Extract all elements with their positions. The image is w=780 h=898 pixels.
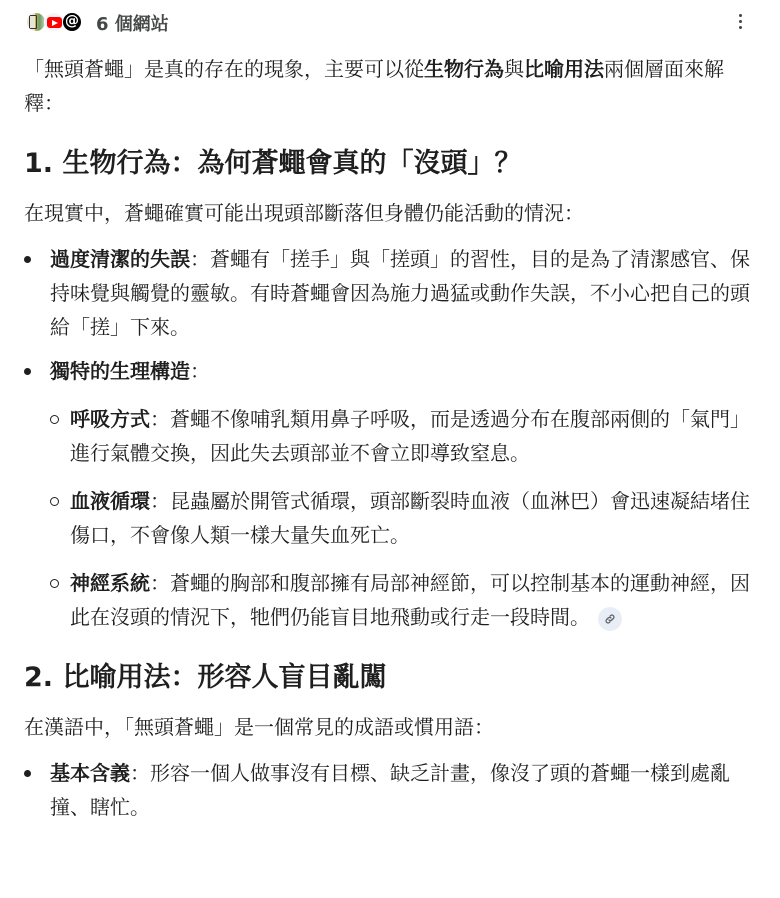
sub-list-item: 呼吸方式：蒼蠅不像哺乳類用鼻子呼吸，而是透過分布在腹部兩側的「氣門」進行氣體交換… (50, 402, 760, 470)
intro-bold-biology: 生物行為 (424, 57, 504, 81)
youtube-icon (44, 12, 64, 32)
threads-icon: @ (62, 12, 82, 32)
section-heading-metaphor: 2. 比喻用法：形容人盲目亂闖 (24, 658, 760, 698)
list-item-term: 基本含義 (50, 761, 130, 785)
sources-count-button[interactable]: 6 個網站 (96, 10, 169, 36)
list-item-text: ：昆蟲屬於開管式循環，頭部斷裂時血液（血淋巴）會迅速凝結堵住傷口，不會像人類一樣… (70, 489, 750, 547)
sub-list-item: 神經系統：蒼蠅的胸部和腹部擁有局部神經節，可以控制基本的運動神經，因此在沒頭的情… (50, 566, 760, 634)
list-item-term: 血液循環 (70, 489, 150, 513)
list-item-text: ： (190, 359, 210, 383)
section-lead: 在漢語中，「無頭蒼蠅」是一個常見的成語或慣用語： (24, 710, 760, 744)
list-item: 基本含義：形容一個人做事沒有目標、缺乏計畫，像沒了頭的蒼蠅一樣到處亂撞、瞎忙。 (24, 756, 760, 824)
sub-bullet-list: 呼吸方式：蒼蠅不像哺乳類用鼻子呼吸，而是透過分布在腹部兩側的「氣門」進行氣體交換… (50, 402, 760, 634)
list-item-text: ：形容一個人做事沒有目標、缺乏計畫，像沒了頭的蒼蠅一樣到處亂撞、瞎忙。 (50, 761, 730, 819)
list-item: 過度清潔的失誤：蒼蠅有「搓手」與「搓頭」的習性，目的是為了清潔感官、保持味覺與觸… (24, 242, 760, 344)
intro-text: 「無頭蒼蠅」是真的存在的現象，主要可以從 (24, 57, 424, 81)
response-body: 「無頭蒼蠅」是真的存在的現象，主要可以從生物行為與比喻用法兩個層面來解釋： 1.… (24, 52, 760, 834)
link-icon (604, 613, 616, 625)
source-favicons[interactable]: @ (26, 12, 90, 32)
sources-bar: @ 6 個網站 (0, 0, 780, 44)
bullet-list: 基本含義：形容一個人做事沒有目標、缺乏計畫，像沒了頭的蒼蠅一樣到處亂撞、瞎忙。 (24, 756, 760, 824)
more-vert-icon[interactable] (732, 10, 748, 32)
list-item-term: 獨特的生理構造 (50, 359, 190, 383)
section-heading-biology: 1. 生物行為：為何蒼蠅會真的「沒頭」？ (24, 144, 760, 184)
site-favicon (26, 12, 46, 32)
list-item: 獨特的生理構造： 呼吸方式：蒼蠅不像哺乳類用鼻子呼吸，而是透過分布在腹部兩側的「… (24, 354, 760, 634)
sub-list-item: 血液循環：昆蟲屬於開管式循環，頭部斷裂時血液（血淋巴）會迅速凝結堵住傷口，不會像… (50, 484, 760, 552)
list-item-text: ：蒼蠅不像哺乳類用鼻子呼吸，而是透過分布在腹部兩側的「氣門」進行氣體交換，因此失… (70, 407, 750, 465)
intro-paragraph: 「無頭蒼蠅」是真的存在的現象，主要可以從生物行為與比喻用法兩個層面來解釋： (24, 52, 760, 120)
intro-bold-metaphor: 比喻用法 (524, 57, 604, 81)
list-item-term: 神經系統 (70, 571, 150, 595)
bullet-list: 過度清潔的失誤：蒼蠅有「搓手」與「搓頭」的習性，目的是為了清潔感官、保持味覺與觸… (24, 242, 760, 634)
section-lead: 在現實中，蒼蠅確實可能出現頭部斷落但身體仍能活動的情況： (24, 196, 760, 230)
intro-text: 與 (504, 57, 524, 81)
list-item-term: 呼吸方式 (70, 407, 150, 431)
list-item-term: 過度清潔的失誤 (50, 247, 190, 271)
list-item-text: ：蒼蠅的胸部和腹部擁有局部神經節，可以控制基本的運動神經，因此在沒頭的情況下，牠… (70, 571, 750, 629)
citation-link-button[interactable] (598, 607, 622, 631)
